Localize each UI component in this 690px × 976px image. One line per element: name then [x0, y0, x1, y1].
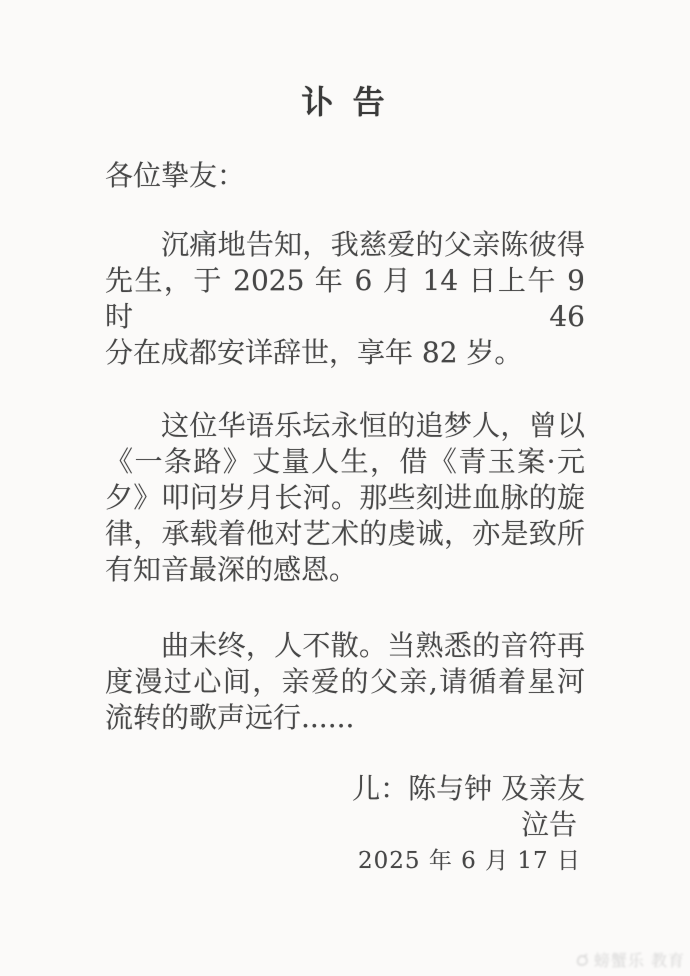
signature-weepers: 泣告	[105, 807, 585, 843]
paragraph-line: 夕》叩问岁月长河。那些刻进血脉的旋	[105, 480, 585, 516]
paragraph-tribute: 这位华语乐坛永恒的追梦人，曾以 《一条路》丈量人生，借《青玉案·元 夕》叩问岁月…	[105, 408, 585, 588]
paragraph-line: 《一条路》丈量人生，借《青玉案·元	[105, 444, 585, 480]
paragraph-line: 律，承载着他对艺术的虔诚，亦是致所	[105, 516, 585, 552]
watermark: 螃蟹乐 教育	[575, 948, 685, 971]
paragraph-death-notice: 沉痛地告知，我慈爱的父亲陈彼得 先生，于 2025 年 6 月 14 日上午 9…	[105, 227, 585, 371]
paragraph-farewell: 曲未终，人不散。当熟悉的音符再 度漫过心间，亲爱的父亲,请循着星河 流转的歌声远…	[105, 628, 585, 736]
paragraph-line: 沉痛地告知，我慈爱的父亲陈彼得	[105, 227, 585, 263]
paragraph-line: 度漫过心间，亲爱的父亲,请循着星河	[105, 664, 585, 700]
paragraph-line: 分在成都安详辞世，享年 82 岁。	[105, 335, 585, 371]
paragraph-line: 曲未终，人不散。当熟悉的音符再	[105, 628, 585, 664]
salutation: 各位挚友：	[105, 158, 585, 194]
signature-block: 儿：陈与钟 及亲友 泣告 2025 年 6 月 17 日	[105, 771, 585, 879]
paragraph-line: 有知音最深的感恩。	[105, 552, 585, 588]
signature-date: 2025 年 6 月 17 日	[105, 843, 585, 879]
paragraph-line: 这位华语乐坛永恒的追梦人，曾以	[105, 408, 585, 444]
paragraph-line: 流转的歌声远行......	[105, 700, 585, 736]
obituary-document: 讣 告 各位挚友： 沉痛地告知，我慈爱的父亲陈彼得 先生，于 2025 年 6 …	[0, 0, 690, 976]
paragraph-line: 先生，于 2025 年 6 月 14 日上午 9 时 46	[105, 263, 585, 335]
watermark-text: 螃蟹乐 教育	[594, 948, 685, 971]
document-title: 讣 告	[105, 84, 585, 120]
watermark-logo-icon	[575, 952, 591, 968]
signature-mourner: 儿：陈与钟 及亲友	[105, 771, 585, 807]
